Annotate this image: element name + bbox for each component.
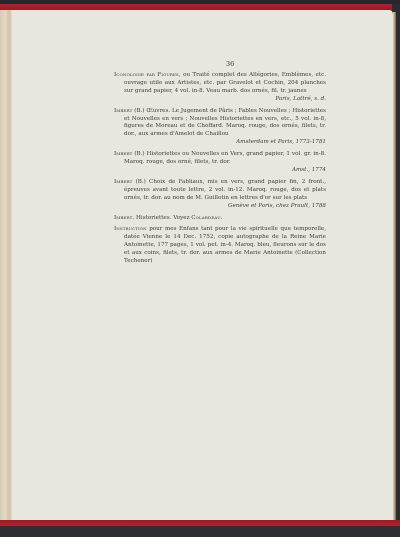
- entry-heading: Instruction: [114, 226, 147, 232]
- book-scan: 36 Iconologie par Figures, ou Traité com…: [0, 0, 400, 537]
- catalogue-entry-imbert-crossref: Imbert. Historiettes. Voyez Colardeau.: [114, 215, 326, 223]
- entry-imprint: Genève et Paris, chez Prault, 1788: [124, 203, 326, 211]
- entry-heading: Imbert: [114, 179, 132, 185]
- entry-heading: Imbert.: [114, 215, 134, 221]
- entry-heading: Imbert: [114, 151, 132, 157]
- catalogue-text: Iconologie par Figures, ou Traité comple…: [114, 72, 326, 270]
- catalogue-entry-imbert-historiettes: Imbert (B.) Historiettes ou Nouvelles en…: [114, 151, 326, 175]
- entry-body: (B.) Choix de Fabliaux, mis en vers, gra…: [124, 179, 326, 201]
- page-number: 36: [226, 60, 234, 68]
- page-fore-edge: [393, 12, 396, 520]
- entry-imprint: Amsterdam et Paris, 1773-1781: [124, 139, 326, 147]
- catalogue-entry-iconologie: Iconologie par Figures, ou Traité comple…: [114, 72, 326, 104]
- entry-body: (B.) Historiettes ou Nouvelles en Vers, …: [124, 151, 326, 165]
- entry-imprint: Paris, Lattré, s. d.: [275, 96, 326, 104]
- entry-imprint: Amst., 1774: [124, 167, 326, 175]
- entry-body: Historiettes. Voyez: [134, 215, 191, 221]
- entry-cross-reference: Colardeau.: [191, 215, 222, 221]
- cover-cloth-bottom: [0, 526, 400, 537]
- catalogue-entry-imbert-fabliaux: Imbert (B.) Choix de Fabliaux, mis en ve…: [114, 179, 326, 211]
- entry-heading: Imbert: [114, 108, 132, 114]
- catalogue-entry-instruction: Instruction pour mes Enfans tant pour la…: [114, 226, 326, 266]
- entry-heading: Iconologie par Figures,: [114, 72, 181, 78]
- catalogue-entry-imbert-oeuvres: Imbert (B.) Œuvres. Le Jugement de Pâris…: [114, 108, 326, 148]
- entry-body: (B.) Œuvres. Le Jugement de Pâris ; Fabl…: [124, 108, 326, 138]
- entry-body: pour mes Enfans tant pour la vie spiritu…: [124, 226, 326, 264]
